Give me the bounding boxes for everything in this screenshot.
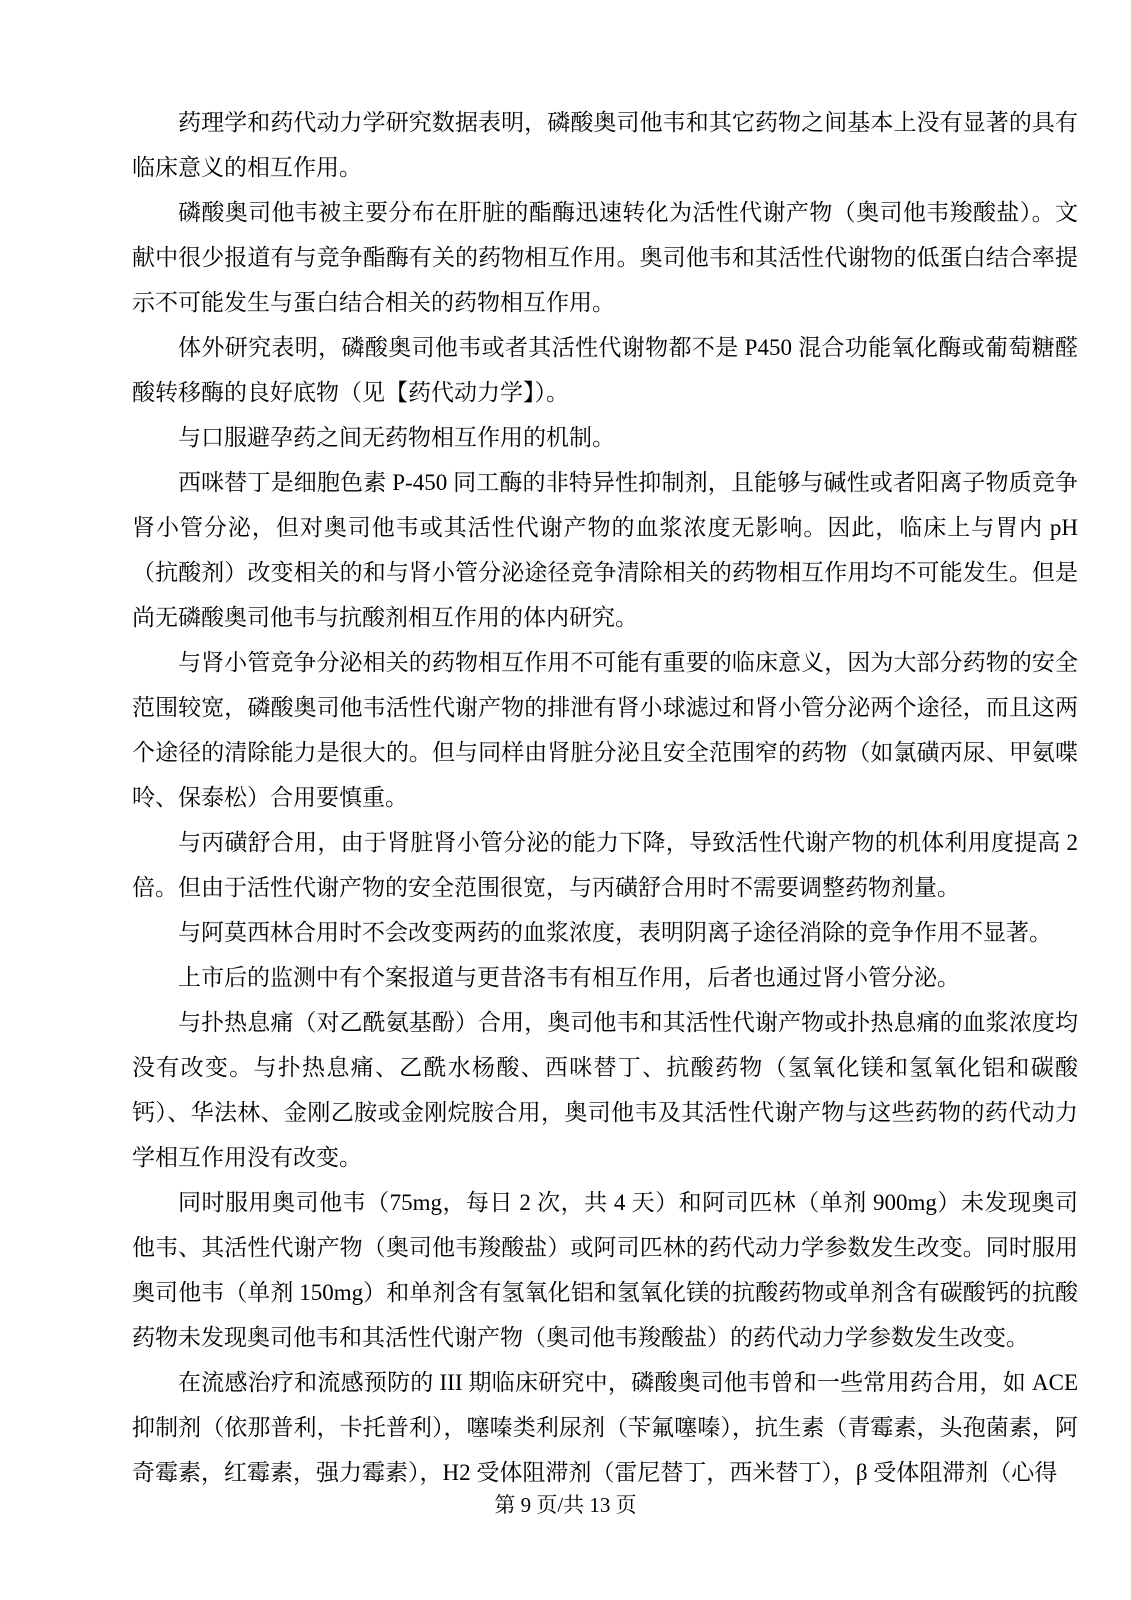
- paragraph: 磷酸奥司他韦被主要分布在肝脏的酯酶迅速转化为活性代谢产物（奥司他韦羧酸盐）。文献…: [132, 190, 1078, 325]
- paragraph: 药理学和药代动力学研究数据表明，磷酸奥司他韦和其它药物之间基本上没有显著的具有临…: [132, 100, 1078, 190]
- paragraph: 与肾小管竞争分泌相关的药物相互作用不可能有重要的临床意义，因为大部分药物的安全范…: [132, 640, 1078, 820]
- document-page: 药理学和药代动力学研究数据表明，磷酸奥司他韦和其它药物之间基本上没有显著的具有临…: [0, 0, 1131, 1600]
- page-number: 第 9 页/共 13 页: [494, 1493, 636, 1517]
- paragraph: 体外研究表明，磷酸奥司他韦或者其活性代谢物都不是 P450 混合功能氧化酶或葡萄…: [132, 325, 1078, 415]
- paragraph: 上市后的监测中有个案报道与更昔洛韦有相互作用，后者也通过肾小管分泌。: [132, 955, 1078, 1000]
- paragraph: 与口服避孕药之间无药物相互作用的机制。: [132, 415, 1078, 460]
- paragraph: 在流感治疗和流感预防的 III 期临床研究中，磷酸奥司他韦曾和一些常用药合用，如…: [132, 1360, 1078, 1495]
- document-body: 药理学和药代动力学研究数据表明，磷酸奥司他韦和其它药物之间基本上没有显著的具有临…: [132, 100, 1078, 1495]
- paragraph: 同时服用奥司他韦（75mg，每日 2 次，共 4 天）和阿司匹林（单剂 900m…: [132, 1180, 1078, 1360]
- paragraph: 与丙磺舒合用，由于肾脏肾小管分泌的能力下降，导致活性代谢产物的机体利用度提高 2…: [132, 820, 1078, 910]
- paragraph: 与扑热息痛（对乙酰氨基酚）合用，奥司他韦和其活性代谢产物或扑热息痛的血浆浓度均没…: [132, 1000, 1078, 1180]
- page-footer: 第 9 页/共 13 页: [0, 1489, 1131, 1519]
- paragraph: 与阿莫西林合用时不会改变两药的血浆浓度，表明阴离子途径消除的竞争作用不显著。: [132, 910, 1078, 955]
- paragraph: 西咪替丁是细胞色素 P-450 同工酶的非特异性抑制剂，且能够与碱性或者阳离子物…: [132, 460, 1078, 640]
